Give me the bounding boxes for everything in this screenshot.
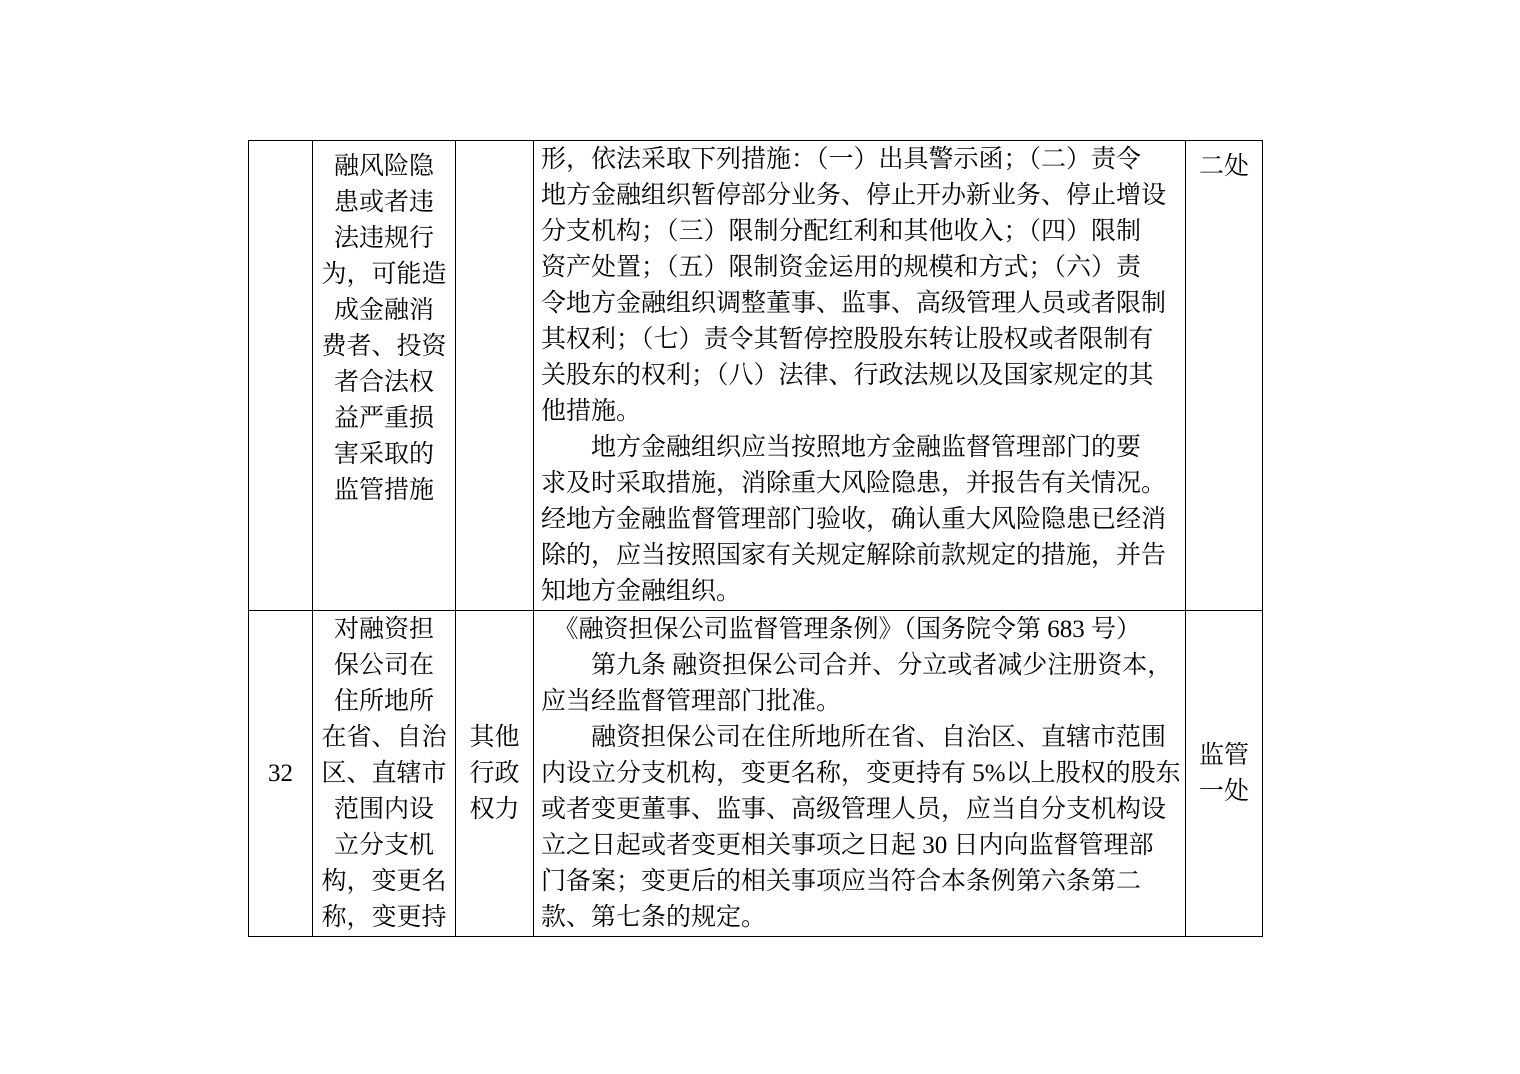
cell-legal-basis: 形，依法采取下列措施：（一）出具警示函；（二）责令 地方金融组织暂停部分业务、停… (534, 141, 1186, 611)
power-list-table: 融风险隐 患或者违 法违规行 为，可能造 成金融消 费者、投资 者合法权 益严重… (248, 140, 1263, 937)
cell-seq-number (249, 141, 313, 611)
table-row-32: 32 对融资担 保公司在 住所地所 在省、自治 区、直辖市 范围内设 立分支机 … (249, 611, 1263, 937)
table-row-continuation: 融风险隐 患或者违 法违规行 为，可能造 成金融消 费者、投资 者合法权 益严重… (249, 141, 1263, 611)
cell-seq-number: 32 (249, 611, 313, 937)
cell-department: 监管 一处 (1186, 611, 1263, 937)
cell-legal-basis: 《融资担保公司监督管理条例》（国务院令第 683 号） 第九条 融资担保公司合并… (534, 611, 1186, 937)
cell-item-name: 融风险隐 患或者违 法违规行 为，可能造 成金融消 费者、投资 者合法权 益严重… (313, 141, 456, 611)
cell-power-type: 其他 行政 权力 (456, 611, 534, 937)
cell-item-name: 对融资担 保公司在 住所地所 在省、自治 区、直辖市 范围内设 立分支机 构，变… (313, 611, 456, 937)
cell-power-type (456, 141, 534, 611)
cell-department: 二处 (1186, 141, 1263, 611)
